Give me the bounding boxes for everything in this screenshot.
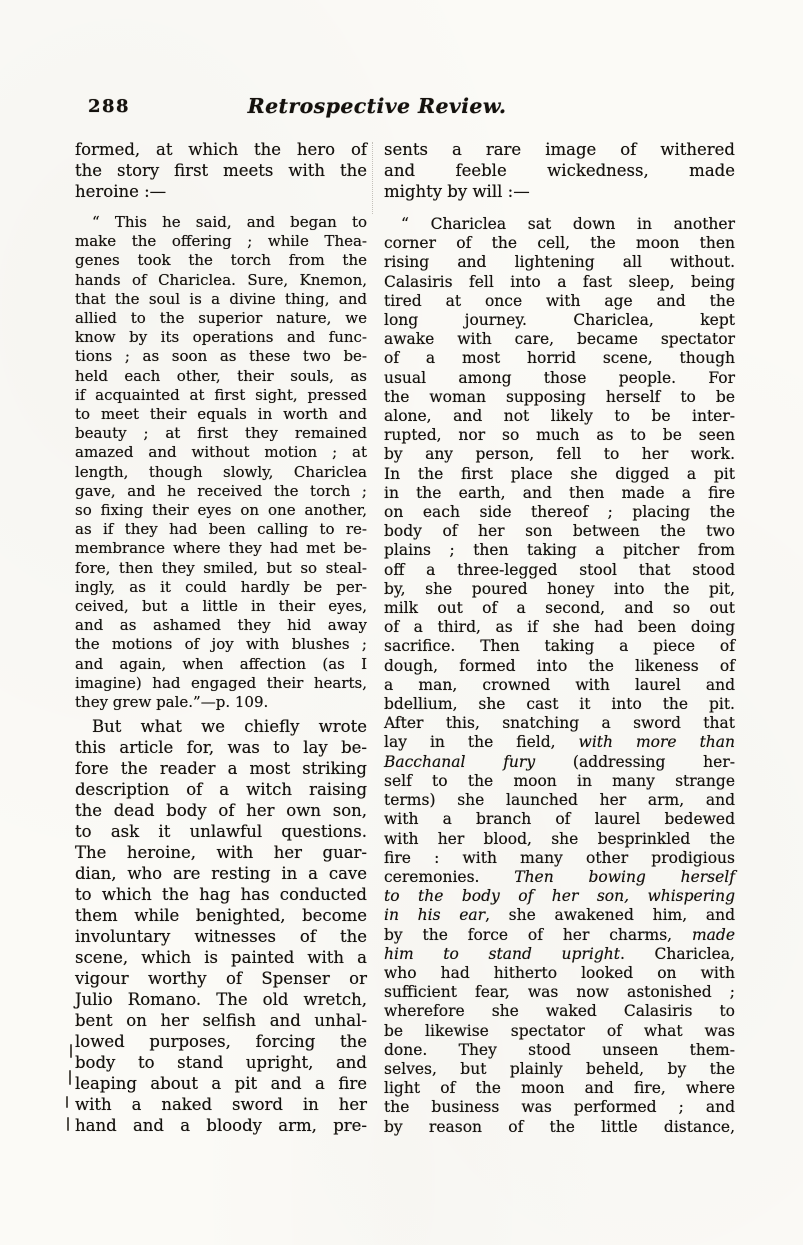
text-line: scene, which is painted with a [75,947,367,968]
text-line: with a branch of laurel bedewed [384,810,735,829]
text-line: to the body of her son, whispering [384,887,735,906]
text-line: self to the moon in many strange [384,772,735,791]
text-line: beauty ; at first they remained [75,424,367,443]
text-line: off a three-legged stool that stood [384,561,735,580]
text-line: body of her son between the two [384,522,735,541]
text-line: the motions of joy with blushes ; [75,635,367,654]
text-line: if acquainted at first sight, pressed [75,386,367,405]
text-line: sufficient fear, was now astonished ; [384,983,735,1002]
text-line: bdellium, she cast it into the pit. [384,695,735,714]
text-line: them while benighted, become [75,905,367,926]
text-line: awake with care, became spectator [384,330,735,349]
text-line: held each other, their souls, as [75,367,367,386]
text-line: body to stand upright, and [75,1052,367,1073]
text-line: of a most horrid scene, though [384,349,735,368]
text-line: membrance where they had met be- [75,539,367,558]
text-line: lay in the field, with more than [384,733,735,752]
text-line: be likewise spectator of what was [384,1022,735,1041]
text-line: bent on her selfish and unhal- [75,1010,367,1031]
text-line: formed, at which the hero of [75,139,367,160]
text-line: and feeble wickedness, made [384,160,735,181]
text-line: rising and lightening all without. [384,253,735,272]
text-line: and again, when affection (as I [75,655,367,674]
text-line: done. They stood unseen them- [384,1041,735,1060]
text-line: know by its operations and func- [75,328,367,347]
text-line: fire : with many other prodigious [384,849,735,868]
column-right: sents a rare image of witheredand feeble… [384,139,735,1137]
text-line: with a naked sword in her [75,1094,367,1115]
paragraph: But what we chiefly wrotethis article fo… [75,716,367,1136]
text-line: milk out of a second, and so out [384,599,735,618]
text-line: him to stand upright. Chariclea, [384,945,735,964]
text-line: heroine :— [75,181,367,202]
paragraph: sents a rare image of witheredand feeble… [384,139,735,202]
text-line: with her blood, she besprinkled the [384,830,735,849]
text-line: alone, and not likely to be inter- [384,407,735,426]
text-line: in his ear, she awakened him, and [384,906,735,925]
text-line: description of a witch raising [75,779,367,800]
text-line: this article for, was to lay be- [75,737,367,758]
running-title: Retrospective Review. [248,94,507,118]
text-line: Julio Romano. The old wretch, [75,989,367,1010]
text-line: by, she poured honey into the pit, [384,580,735,599]
text-line: who had hitherto looked on with [384,964,735,983]
text-line: tions ; as soon as these two be- [75,347,367,366]
text-line: so fixing their eyes on one another, [75,501,367,520]
text-line: on each side thereof ; placing the [384,503,735,522]
text-line: of a third, as if she had been doing [384,618,735,637]
text-line: a man, crowned with laurel and [384,676,735,695]
text-line: The heroine, with her guar- [75,842,367,863]
text-line: vigour worthy of Spenser or [75,968,367,989]
text-line: mighty by will :— [384,181,735,202]
text-line: fore, then they smiled, but so steal- [75,559,367,578]
text-line: lowed purposes, forcing the [75,1031,367,1052]
text-line: light of the moon and fire, where [384,1079,735,1098]
text-line: the woman supposing herself to be [384,388,735,407]
column-rule [372,142,373,214]
paragraph: “ This he said, and began tomake the off… [75,213,367,712]
text-line: to ask it unlawful questions. [75,821,367,842]
text-line: hands of Chariclea. Sure, Knemon, [75,271,367,290]
text-line: usual among those people. For [384,369,735,388]
paragraph: “ Chariclea sat down in anothercorner of… [384,215,735,1137]
text-line: sacrifice. Then taking a piece of [384,637,735,656]
text-line: rupted, nor so much as to be seen [384,426,735,445]
text-line: by reason of the little distance, [384,1118,735,1137]
column-left: formed, at which the hero ofthe story fi… [75,139,367,1136]
text-line: ingly, as it could hardly be per- [75,578,367,597]
text-line: leaping about a pit and a fire [75,1073,367,1094]
text-line: involuntary witnesses of the [75,926,367,947]
text-line: as if they had been calling to re- [75,520,367,539]
page-number: 288 [88,96,130,117]
text-line: they grew pale.”—p. 109. [75,693,367,712]
text-line: ceived, but a little in their eyes, [75,597,367,616]
text-line: corner of the cell, the moon then [384,234,735,253]
text-line: ceremonies. Then bowing herself [384,868,735,887]
text-line: terms) she launched her arm, and [384,791,735,810]
text-line: In the first place she digged a pit [384,465,735,484]
text-line: and as ashamed they hid away [75,616,367,635]
text-line: in the earth, and then made a fire [384,484,735,503]
text-line: Bacchanal fury (addressing her- [384,753,735,772]
text-line: allied to the superior nature, we [75,309,367,328]
text-line: by the force of her charms, made [384,926,735,945]
text-line: long journey. Chariclea, kept [384,311,735,330]
text-line: wherefore she waked Calasiris to [384,1002,735,1021]
text-line: that the soul is a divine thing, and [75,290,367,309]
text-line: by any person, fell to her work. [384,445,735,464]
text-line: amazed and without motion ; at [75,443,367,462]
text-line: dough, formed into the likeness of [384,657,735,676]
text-line: the business was performed ; and [384,1098,735,1117]
text-line: the story first meets with the [75,160,367,181]
text-line: imagine) had engaged their hearts, [75,674,367,693]
paragraph: formed, at which the hero ofthe story fi… [75,139,367,202]
text-line: But what we chiefly wrote [75,716,367,737]
text-line: selves, but plainly beheld, by the [384,1060,735,1079]
text-line: make the offering ; while Thea- [75,232,367,251]
text-line: tired at once with age and the [384,292,735,311]
text-line: to which the hag has conducted [75,884,367,905]
text-line: Calasiris fell into a fast sleep, being [384,273,735,292]
text-line: dian, who are resting in a cave [75,863,367,884]
text-line: “ This he said, and began to [75,213,367,232]
text-line: to meet their equals in worth and [75,405,367,424]
text-line: hand and a bloody arm, pre- [75,1115,367,1136]
book-page: 288 Retrospective Review. formed, at whi… [0,0,803,1245]
text-line: sents a rare image of withered [384,139,735,160]
text-line: “ Chariclea sat down in another [384,215,735,234]
text-line: fore the reader a most striking [75,758,367,779]
text-line: plains ; then taking a pitcher from [384,541,735,560]
text-line: the dead body of her own son, [75,800,367,821]
text-line: length, though slowly, Chariclea [75,463,367,482]
text-line: After this, snatching a sword that [384,714,735,733]
text-line: gave, and he received the torch ; [75,482,367,501]
text-line: genes took the torch from the [75,251,367,270]
